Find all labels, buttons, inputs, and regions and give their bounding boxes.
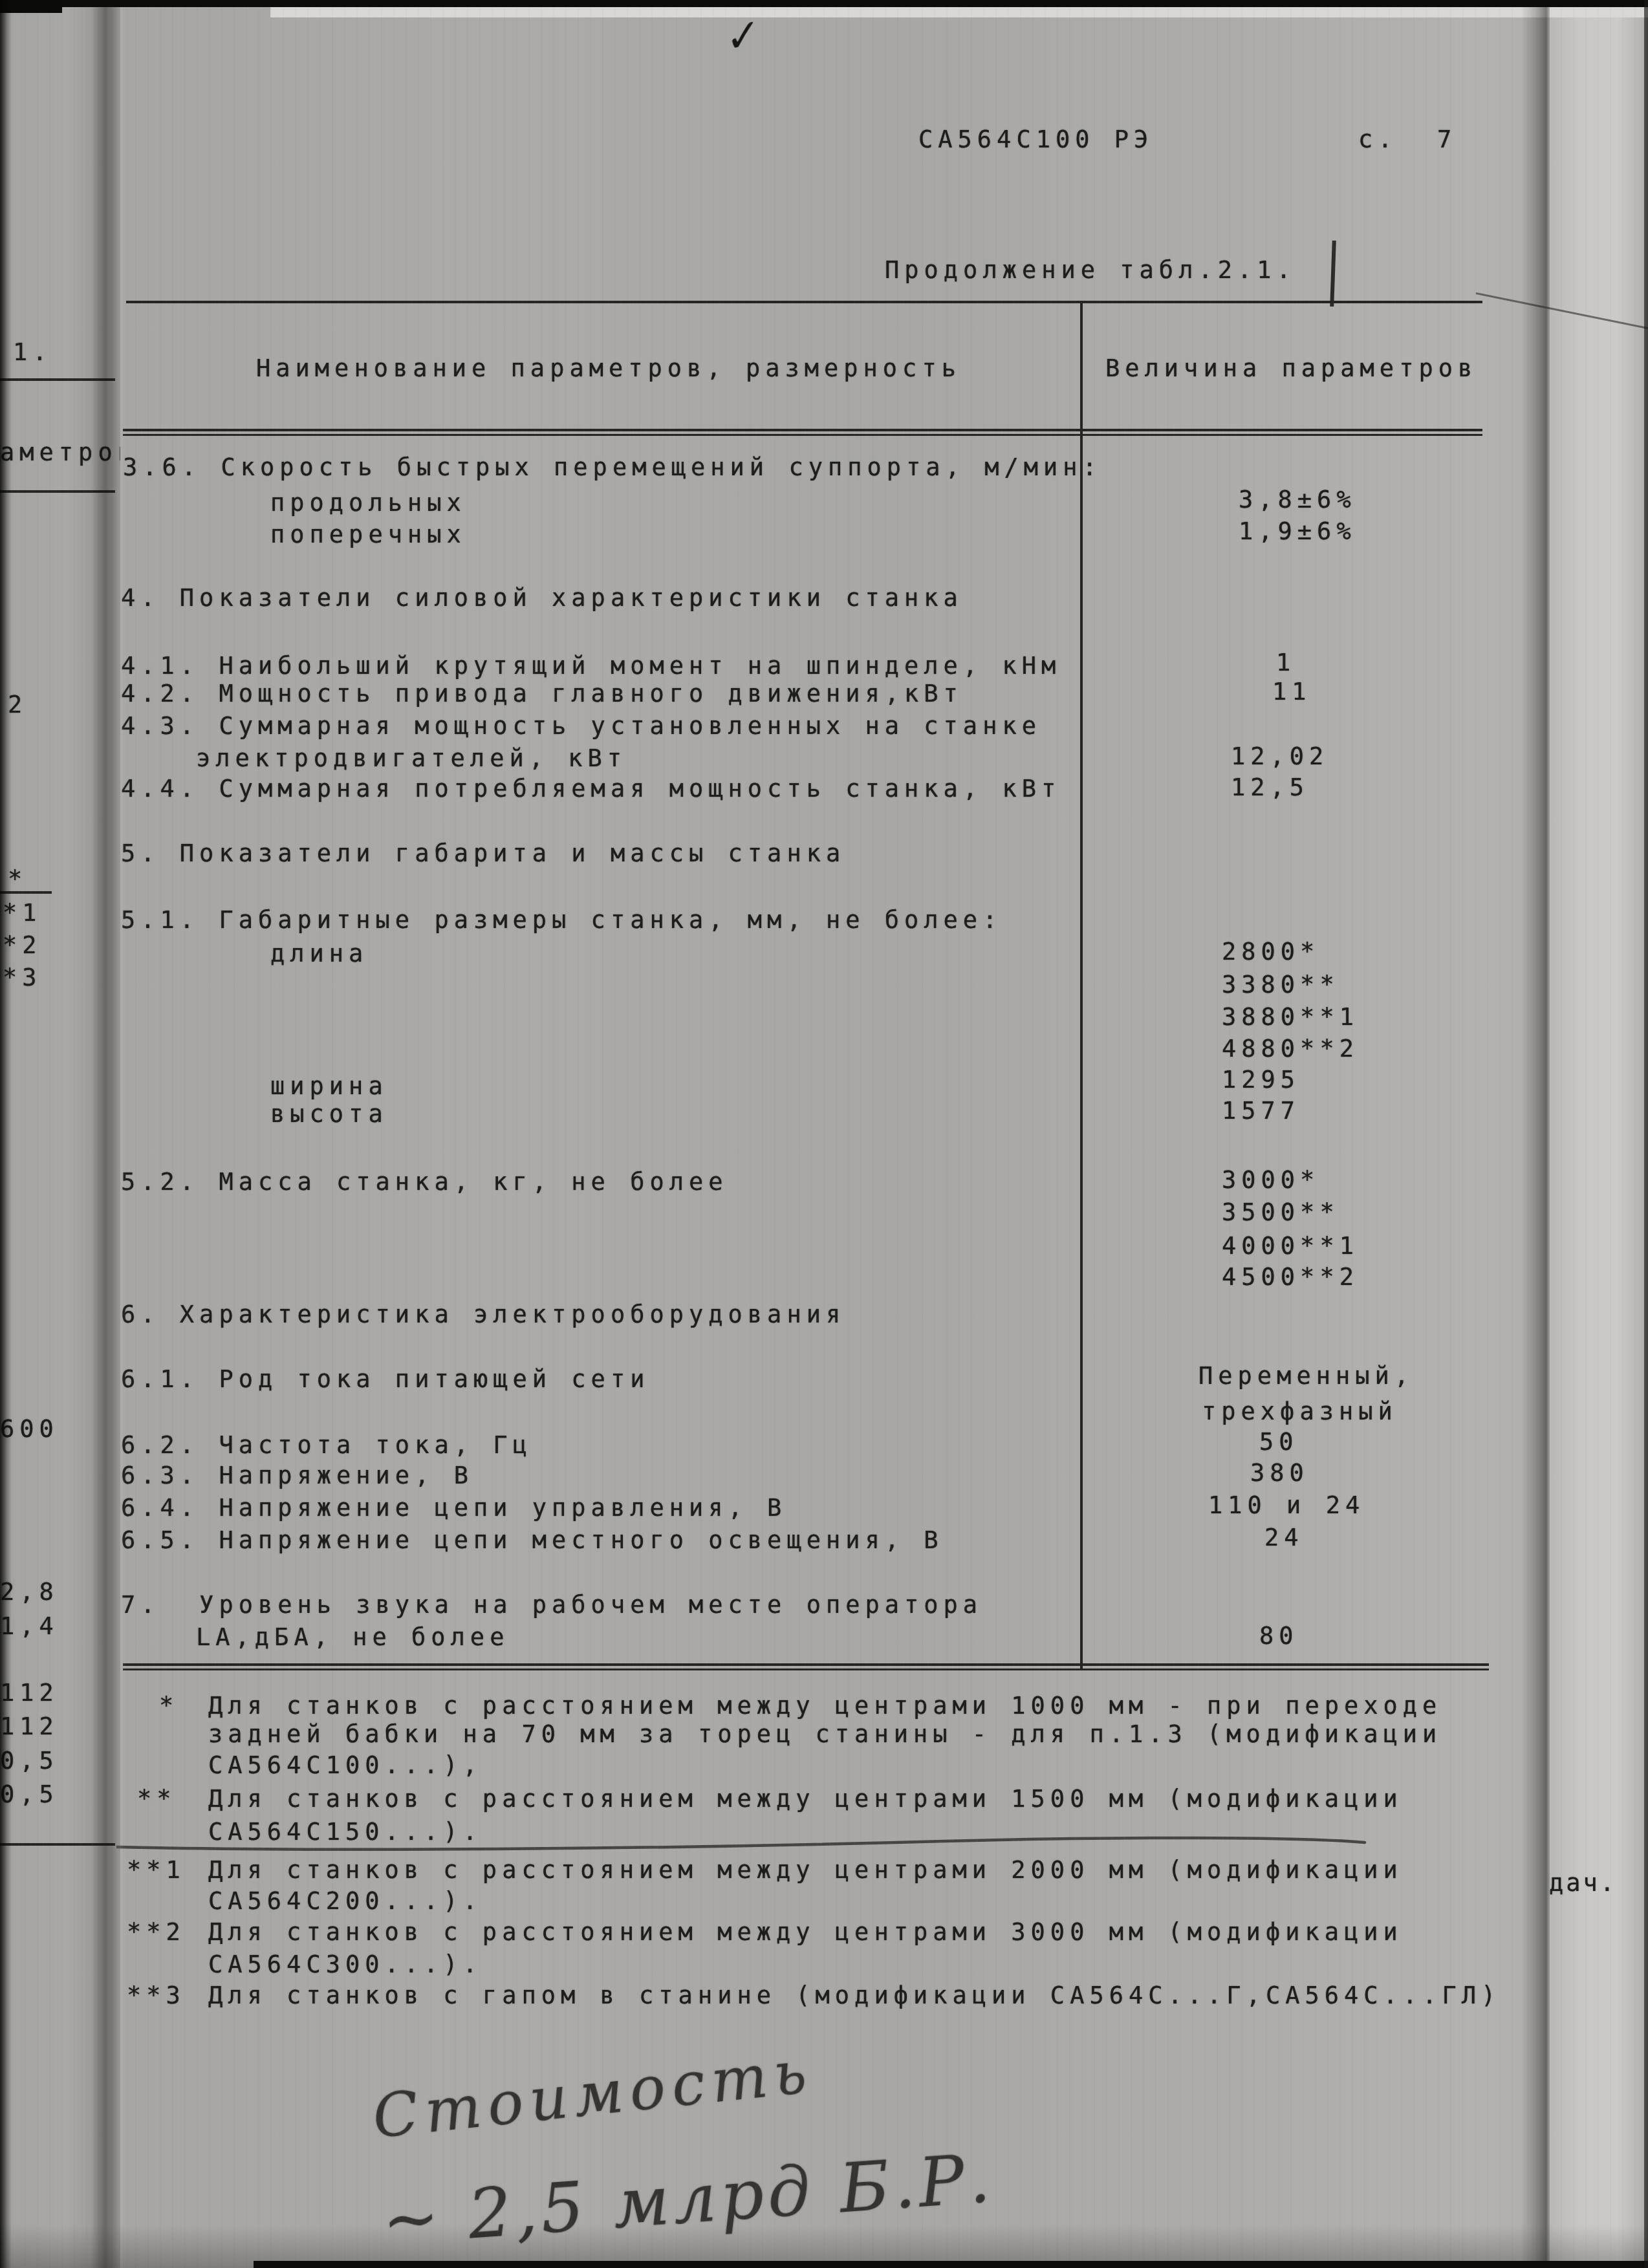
scan-edge-left — [0, 0, 12, 2268]
scan-edge-right — [1644, 0, 1648, 2268]
param-value: 4000**1 — [1222, 1233, 1359, 1260]
param-line: 7. Уровень звука на рабочем месте операт… — [121, 1592, 982, 1619]
param-line: длина — [270, 941, 368, 967]
pen-stroke-vertical — [1330, 241, 1336, 307]
footnote-line: Для станков с гапом в станине (модификац… — [208, 1983, 1501, 2009]
param-line: 6.2. Частота тока, Гц — [121, 1432, 532, 1459]
table-col2-header: Величина параметров — [1105, 356, 1477, 382]
param-line: высота — [270, 1101, 388, 1128]
param-value: 50 — [1259, 1429, 1299, 1456]
footnote-marker: * — [159, 1693, 179, 1720]
param-value: трехфазный — [1202, 1399, 1398, 1425]
param-value: 1,9±6% — [1239, 519, 1356, 545]
param-value: 24 — [1264, 1525, 1304, 1551]
param-value: 1 — [1276, 650, 1296, 676]
param-line: 4.3. Суммарная мощность установленных на… — [121, 713, 1041, 740]
param-value: 3880**1 — [1222, 1004, 1359, 1031]
param-value: 12,5 — [1231, 775, 1309, 801]
param-line: 6.3. Напряжение, В — [121, 1463, 473, 1489]
footnote-line: СА564С300...). — [208, 1952, 482, 1978]
handwriting-line-2: ~ 2,5 млрд Б.Р. — [380, 2139, 997, 2260]
footnote-marker: **1 — [127, 1857, 186, 1884]
margin-rule — [0, 378, 115, 381]
footnote-line: Для станков с расстоянием между центрами… — [208, 1693, 1442, 1720]
param-value: 11 — [1272, 679, 1312, 706]
param-line: 6.5. Напряжение цепи местного освещения,… — [121, 1528, 944, 1554]
margin-rule — [0, 490, 115, 493]
param-value: 3380** — [1222, 972, 1339, 999]
param-line: 4.2. Мощность привода главного движения,… — [121, 681, 963, 707]
scan-edge-top — [0, 0, 1648, 7]
param-value: 3,8±6% — [1239, 487, 1356, 513]
param-value: 4500**2 — [1222, 1264, 1359, 1291]
section-heading: 5. Показатели габарита и массы станка — [121, 841, 845, 867]
handwriting-line-1: Стоимость — [369, 2037, 816, 2152]
footnote-marker: ** — [137, 1786, 177, 1813]
param-line: 5.2. Масса станка, кг, не более — [121, 1169, 728, 1196]
param-line: 6.1. Род тока питающей сети — [121, 1366, 649, 1393]
page-number: 7 — [1437, 127, 1457, 153]
param-line: 6.4. Напряжение цепи управления, В — [121, 1495, 786, 1522]
footnote-line: СА564С200...). — [208, 1888, 482, 1915]
param-value: 4880**2 — [1222, 1036, 1359, 1063]
footnote-line: задней бабки на 70 мм за торец станины -… — [208, 1722, 1442, 1748]
scan-light-band-top — [270, 7, 1648, 17]
param-line: 3.6. Скорость быстрых перемещений суппор… — [123, 455, 1102, 481]
scanned-document-page: 1. аметров 2 * *1 *2 *3 600 2,8 1,4 112 … — [0, 0, 1648, 2268]
param-value: 12,02 — [1231, 744, 1328, 770]
table-header-rule-2 — [123, 434, 1482, 436]
scan-edge-bottom — [254, 2261, 1648, 2268]
page-fold-shadow-right — [1521, 0, 1550, 2268]
param-value: 380 — [1250, 1460, 1309, 1487]
margin-fragment: дач. — [1549, 1870, 1617, 1897]
param-line: 5.1. Габаритные размеры станка, мм, не б… — [121, 907, 1002, 934]
footnote-line: Для станков с расстоянием между центрами… — [208, 1857, 1403, 1884]
param-line: 4.4. Суммарная потребляемая мощность ста… — [121, 776, 1061, 803]
param-line: LA,дБА, не более — [196, 1625, 509, 1651]
table-bottom-rule — [123, 1663, 1489, 1666]
param-value: 3000* — [1222, 1167, 1319, 1194]
doc-code: СА564С100 РЭ — [918, 127, 1153, 153]
table-column-divider — [1080, 301, 1083, 1670]
footnote-line: Для станков с расстоянием между центрами… — [208, 1919, 1403, 1946]
param-value: 110 и 24 — [1208, 1493, 1365, 1519]
param-line: ширина — [270, 1074, 388, 1100]
margin-rule — [0, 1843, 115, 1846]
param-value: Переменный, — [1198, 1363, 1414, 1390]
param-line: поперечных — [270, 522, 466, 548]
margin-fragment: аметров — [0, 440, 120, 466]
param-value: 1577 — [1222, 1098, 1300, 1125]
section-heading: 6. Характеристика электрооборудования — [121, 1302, 845, 1328]
param-line: 4.1. Наибольший крутящий момент на шпинд… — [121, 653, 1061, 680]
right-margin-strip: дач. — [1547, 0, 1648, 2268]
left-margin-strip: 1. аметров 2 * *1 *2 *3 600 2,8 1,4 112 … — [0, 0, 120, 2268]
param-value: 80 — [1259, 1623, 1299, 1650]
footnote-line: Для станков с расстоянием между центрами… — [208, 1786, 1403, 1813]
footnote-marker: **3 — [127, 1983, 186, 2009]
pen-underline — [116, 1834, 1371, 1853]
param-value: 2800* — [1222, 939, 1319, 966]
param-line: электродвигателей, кВт — [196, 746, 627, 772]
section-heading: 4. Показатели силовой характеристики ста… — [121, 585, 963, 612]
param-line: продольных — [270, 490, 466, 517]
footnote-marker: **2 — [127, 1919, 186, 1946]
table-top-rule — [126, 301, 1482, 303]
table-header-rule — [123, 429, 1482, 431]
table-bottom-rule-2 — [123, 1669, 1489, 1670]
param-value: 1295 — [1222, 1067, 1300, 1094]
margin-fragment: 1. — [13, 340, 52, 366]
table-continuation-note: Продолжение табл.2.1. — [885, 257, 1296, 284]
table-col1-header: Наименование параметров, размерность — [256, 356, 961, 382]
page-label: с. — [1358, 127, 1398, 153]
param-value: 3500** — [1222, 1200, 1339, 1226]
footnote-line: СА564С100...), — [208, 1753, 482, 1779]
